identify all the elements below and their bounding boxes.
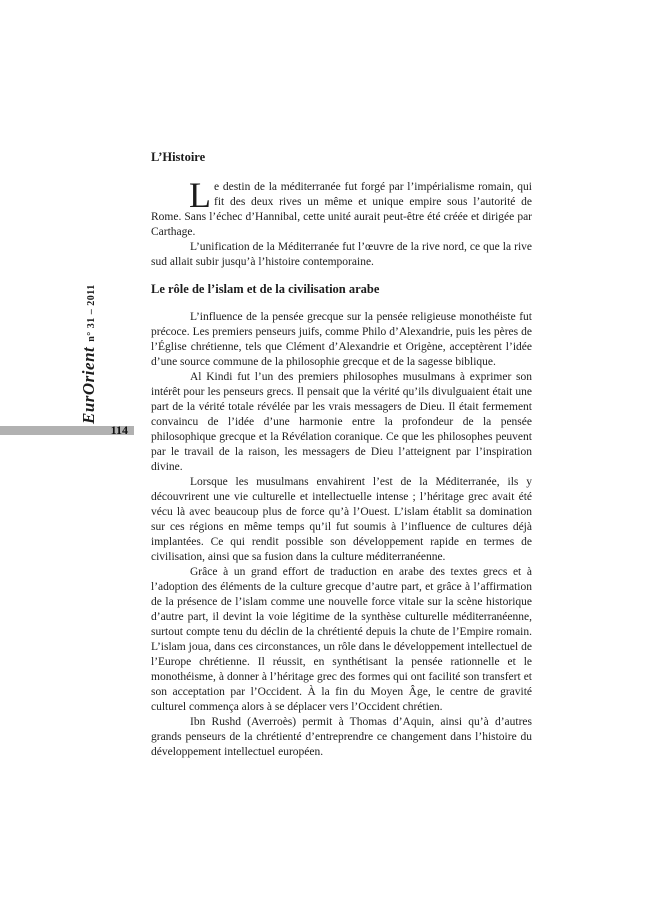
paragraph-influence: L’influence de la pensée grecque sur la … xyxy=(151,310,532,370)
paragraph-destin: Le destin de la méditerranée fut forgé p… xyxy=(151,180,532,240)
dropcap-letter: L xyxy=(189,181,211,209)
paragraph-unification: L’unification de la Méditerranée fut l’œ… xyxy=(151,240,532,270)
paragraph-al-kindi: Al Kindi fut l’un des premiers philosoph… xyxy=(151,370,532,475)
section-heading-islam: Le rôle de l’islam et de la civilisation… xyxy=(151,282,532,296)
journal-logo-text: EurOrient xyxy=(79,347,98,424)
page-number-bar: 114 xyxy=(0,426,134,435)
paragraph-traduction: Grâce à un grand effort de traduction en… xyxy=(151,565,532,715)
main-text-column: L’Histoire Le destin de la méditerranée … xyxy=(151,150,532,760)
section-heading-histoire: L’Histoire xyxy=(151,150,532,164)
journal-spine: EurOrientn° 31 – 2011 xyxy=(103,286,129,424)
journal-spine-text: EurOrientn° 31 – 2011 xyxy=(77,284,104,424)
document-page: EurOrientn° 31 – 2011 114 L’Histoire Le … xyxy=(0,0,650,920)
page-number: 114 xyxy=(111,423,128,437)
journal-issue-text: n° 31 – 2011 xyxy=(86,284,97,342)
paragraph-musulmans: Lorsque les musulmans envahirent l’est d… xyxy=(151,475,532,565)
paragraph-ibn-rushd: Ibn Rushd (Averroès) permit à Thomas d’A… xyxy=(151,715,532,760)
